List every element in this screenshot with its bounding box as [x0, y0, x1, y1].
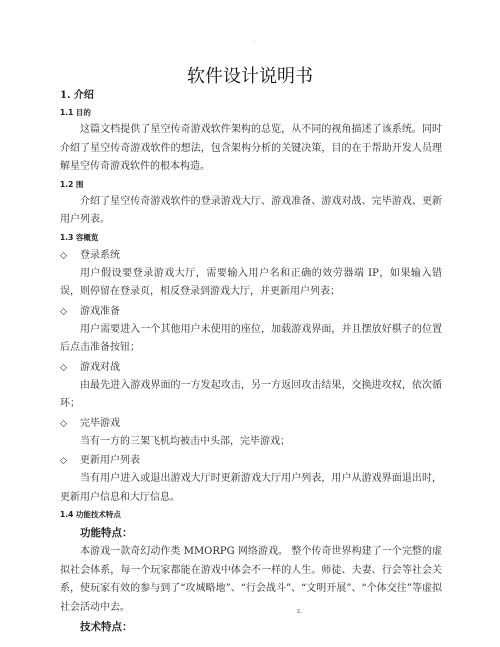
footer-right-mark: z. [297, 608, 302, 615]
section-heading-purpose: 1.1 目的 [60, 105, 442, 121]
overview-item-finish: ◇完毕游戏 [60, 414, 442, 433]
overview-item-label: 游戏对战 [80, 362, 120, 373]
diamond-bullet-icon: ◇ [60, 247, 74, 266]
tech-features-label: 技术特点： [60, 617, 442, 637]
overview-item-text: 用户假设要登录游戏大厅，需要输入用户名和正确的效劳器端 IP，如果输入错误，则停… [60, 265, 442, 302]
document-title: 软件设计说明书 [0, 62, 500, 88]
overview-item-update-users: ◇更新用户列表 [60, 451, 442, 470]
header-mark: . [255, 38, 257, 44]
diamond-bullet-icon: ◇ [60, 415, 74, 434]
footer-left-mark: . [208, 611, 209, 616]
section-heading-overview: 1.3 容概览 [60, 230, 442, 246]
overview-item-prepare: ◇游戏准备 [60, 302, 442, 321]
overview-item-login: ◇登录系统 [60, 246, 442, 265]
overview-item-text: 当有一方的三架飞机均被击中头部，完毕游戏； [60, 433, 442, 452]
section-heading-intro: 1. 介绍 [60, 86, 442, 105]
scope-paragraph: 介绍了星空传奇游戏软件的登录游戏大厅、游戏准备、游戏对战、完毕游戏、更新用户列表… [60, 193, 442, 230]
overview-item-label: 更新用户列表 [80, 455, 140, 466]
function-features-label: 功能特点： [60, 523, 442, 543]
overview-item-battle: ◇游戏对战 [60, 358, 442, 377]
document-page: . 软件设计说明书 1. 介绍 1.1 目的 这篇文档提供了星空传奇游戏软件架构… [0, 0, 500, 647]
function-features-paragraph: 本游戏一款奇幻动作类 MMORPG 网络游戏。 整个传奇世界构建了一个完整的虚拟… [60, 543, 442, 617]
overview-item-text: 用户需要进入一个其他用户未使用的座位，加载游戏界面，并且摆放好棋子的位置后点击准… [60, 321, 442, 358]
diamond-bullet-icon: ◇ [60, 452, 74, 471]
overview-item-label: 登录系统 [80, 250, 120, 261]
document-body: 1. 介绍 1.1 目的 这篇文档提供了星空传奇游戏软件架构的总览，从不同的视角… [60, 86, 442, 637]
purpose-paragraph: 这篇文档提供了星空传奇游戏软件架构的总览，从不同的视角描述了该系统。同时介绍了星… [60, 121, 442, 177]
overview-item-label: 游戏准备 [80, 306, 120, 317]
diamond-bullet-icon: ◇ [60, 303, 74, 322]
section-heading-features: 1.4 功能技术特点 [60, 507, 442, 523]
diamond-bullet-icon: ◇ [60, 359, 74, 378]
overview-item-text: 当有用户进入或退出游戏大厅时更新游戏大厅用户列表，用户从游戏界面退出时，更新用户… [60, 470, 442, 507]
section-heading-scope: 1.2 围 [60, 177, 442, 193]
overview-item-label: 完毕游戏 [80, 418, 120, 429]
overview-item-text: 由最先进入游戏界面的一方发起攻击，另一方返回攻击结果，交换进攻权，依次循环； [60, 377, 442, 414]
